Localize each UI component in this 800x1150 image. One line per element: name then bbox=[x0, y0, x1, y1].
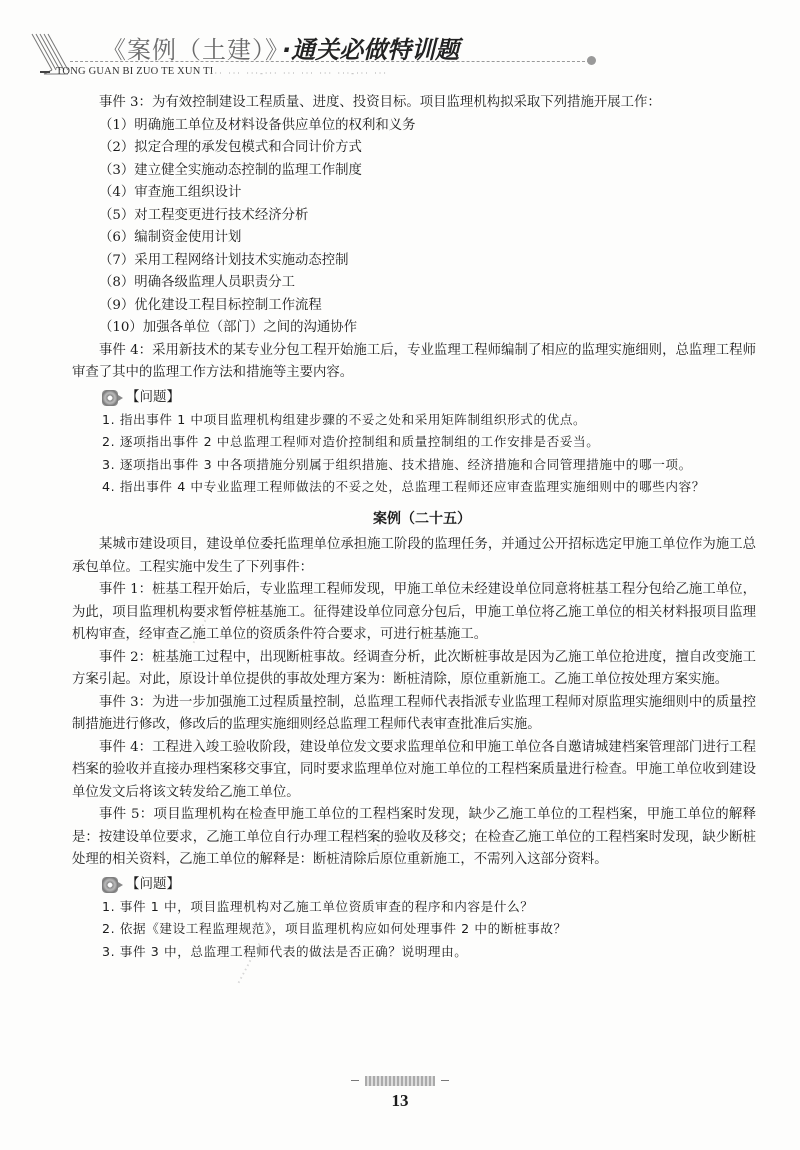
questions-heading: 【问题】 bbox=[88, 387, 756, 409]
question-item: 2. 逐项指出事件 2 中总监理工程师对造价控制组和质量控制组的工作安排是否妥当… bbox=[88, 431, 756, 454]
question-item: 4. 指出事件 4 中专业监理工程师做法的不妥之处，总监理工程师还应审查监理实施… bbox=[88, 476, 756, 499]
page-number: 13 bbox=[0, 1091, 800, 1111]
question-item: 1. 事件 1 中，项目监理机构对乙施工单位资质审查的程序和内容是什么？ bbox=[88, 896, 756, 919]
event-paragraph: 事件 3：为进一步加强施工过程质量控制，总监理工程师代表指派专业监理工程师对原监… bbox=[72, 692, 756, 737]
page-content: 事件 3：为有效控制建设工程质量、进度、投资目标。项目监理机构拟采取下列措施开展… bbox=[88, 92, 756, 963]
page-footer: 13 bbox=[0, 1070, 800, 1111]
measure-item: （2）拟定合理的承发包模式和合同计价方式 bbox=[72, 137, 756, 160]
question-item: 1. 指出事件 1 中项目监理机构组建步骤的不妥之处和采用矩阵制组织形式的优点。 bbox=[88, 409, 756, 432]
event-paragraph: 事件 2：桩基施工过程中，出现断桩事故。经调查分析，此次断桩事故是因为乙施工单位… bbox=[72, 647, 756, 692]
book-title: 《案例（土建）》 bbox=[102, 30, 290, 65]
event3-intro: 事件 3：为有效控制建设工程质量、进度、投资目标。项目监理机构拟采取下列措施开展… bbox=[72, 92, 756, 115]
question-badge-icon bbox=[102, 390, 118, 406]
measure-item: （3）建立健全实施动态控制的监理工作制度 bbox=[72, 160, 756, 183]
measure-item: （6）编制资金使用计划 bbox=[72, 227, 756, 250]
measure-item: （9）优化建设工程目标控制工作流程 bbox=[72, 295, 756, 318]
footer-ornament bbox=[365, 1076, 435, 1086]
event-paragraph: 事件 5：项目监理机构在检查甲施工单位的工程档案时发现，缺少乙施工单位的工程档案… bbox=[72, 804, 756, 872]
measure-item: （8）明确各级监理人员职责分工 bbox=[72, 272, 756, 295]
measure-item: （1）明确施工单位及材料设备供应单位的权利和义务 bbox=[72, 115, 756, 138]
measure-item: （7）采用工程网络计划技术实施动态控制 bbox=[72, 250, 756, 273]
pinyin-subtitle: TONG GUAN BI ZUO TE XUN TI bbox=[40, 66, 213, 77]
measure-item: （5）对工程变更进行技术经济分析 bbox=[72, 205, 756, 228]
event-paragraph: 事件 4：工程进入竣工验收阶段，建设单位发文要求监理单位和甲施工单位各自邀请城建… bbox=[72, 737, 756, 805]
measure-item: （10）加强各单位（部门）之间的沟通协作 bbox=[72, 317, 756, 340]
question-item: 3. 事件 3 中，总监理工程师代表的做法是否正确？说明理由。 bbox=[88, 941, 756, 964]
event-paragraph: 事件 1：桩基工程开始后，专业监理工程师发现，甲施工单位未经建设单位同意将桩基工… bbox=[72, 579, 756, 647]
header-rule-dot bbox=[587, 56, 596, 65]
measure-item: （4）审查施工组织设计 bbox=[72, 182, 756, 205]
book-subtitle: ·通关必做特训题 bbox=[282, 30, 459, 65]
running-header: 《案例（土建）》 ·通关必做特训题 TONG GUAN BI ZUO TE XU… bbox=[30, 28, 610, 83]
header-dots-decoration: ··· ··· ···-··· ··· ··· ··· ···-··· ··· bbox=[210, 69, 388, 78]
question-item: 3. 逐项指出事件 3 中各项措施分别属于组织措施、技术措施、经济措施和合同管理… bbox=[88, 454, 756, 477]
case-title: 案例（二十五） bbox=[88, 508, 756, 531]
event4-paragraph: 事件 4：采用新技术的某专业分包工程开始施工后，专业监理工程师编制了相应的监理实… bbox=[72, 340, 756, 385]
case-intro: 某城市建设项目，建设单位委托监理单位承担施工阶段的监理任务，并通过公开招标选定甲… bbox=[72, 534, 756, 579]
questions-heading: 【问题】 bbox=[88, 874, 756, 896]
question-badge-icon bbox=[102, 877, 118, 893]
question-item: 2. 依据《建设工程监理规范》，项目监理机构应如何处理事件 2 中的断桩事故？ bbox=[88, 918, 756, 941]
header-rule bbox=[70, 61, 590, 62]
